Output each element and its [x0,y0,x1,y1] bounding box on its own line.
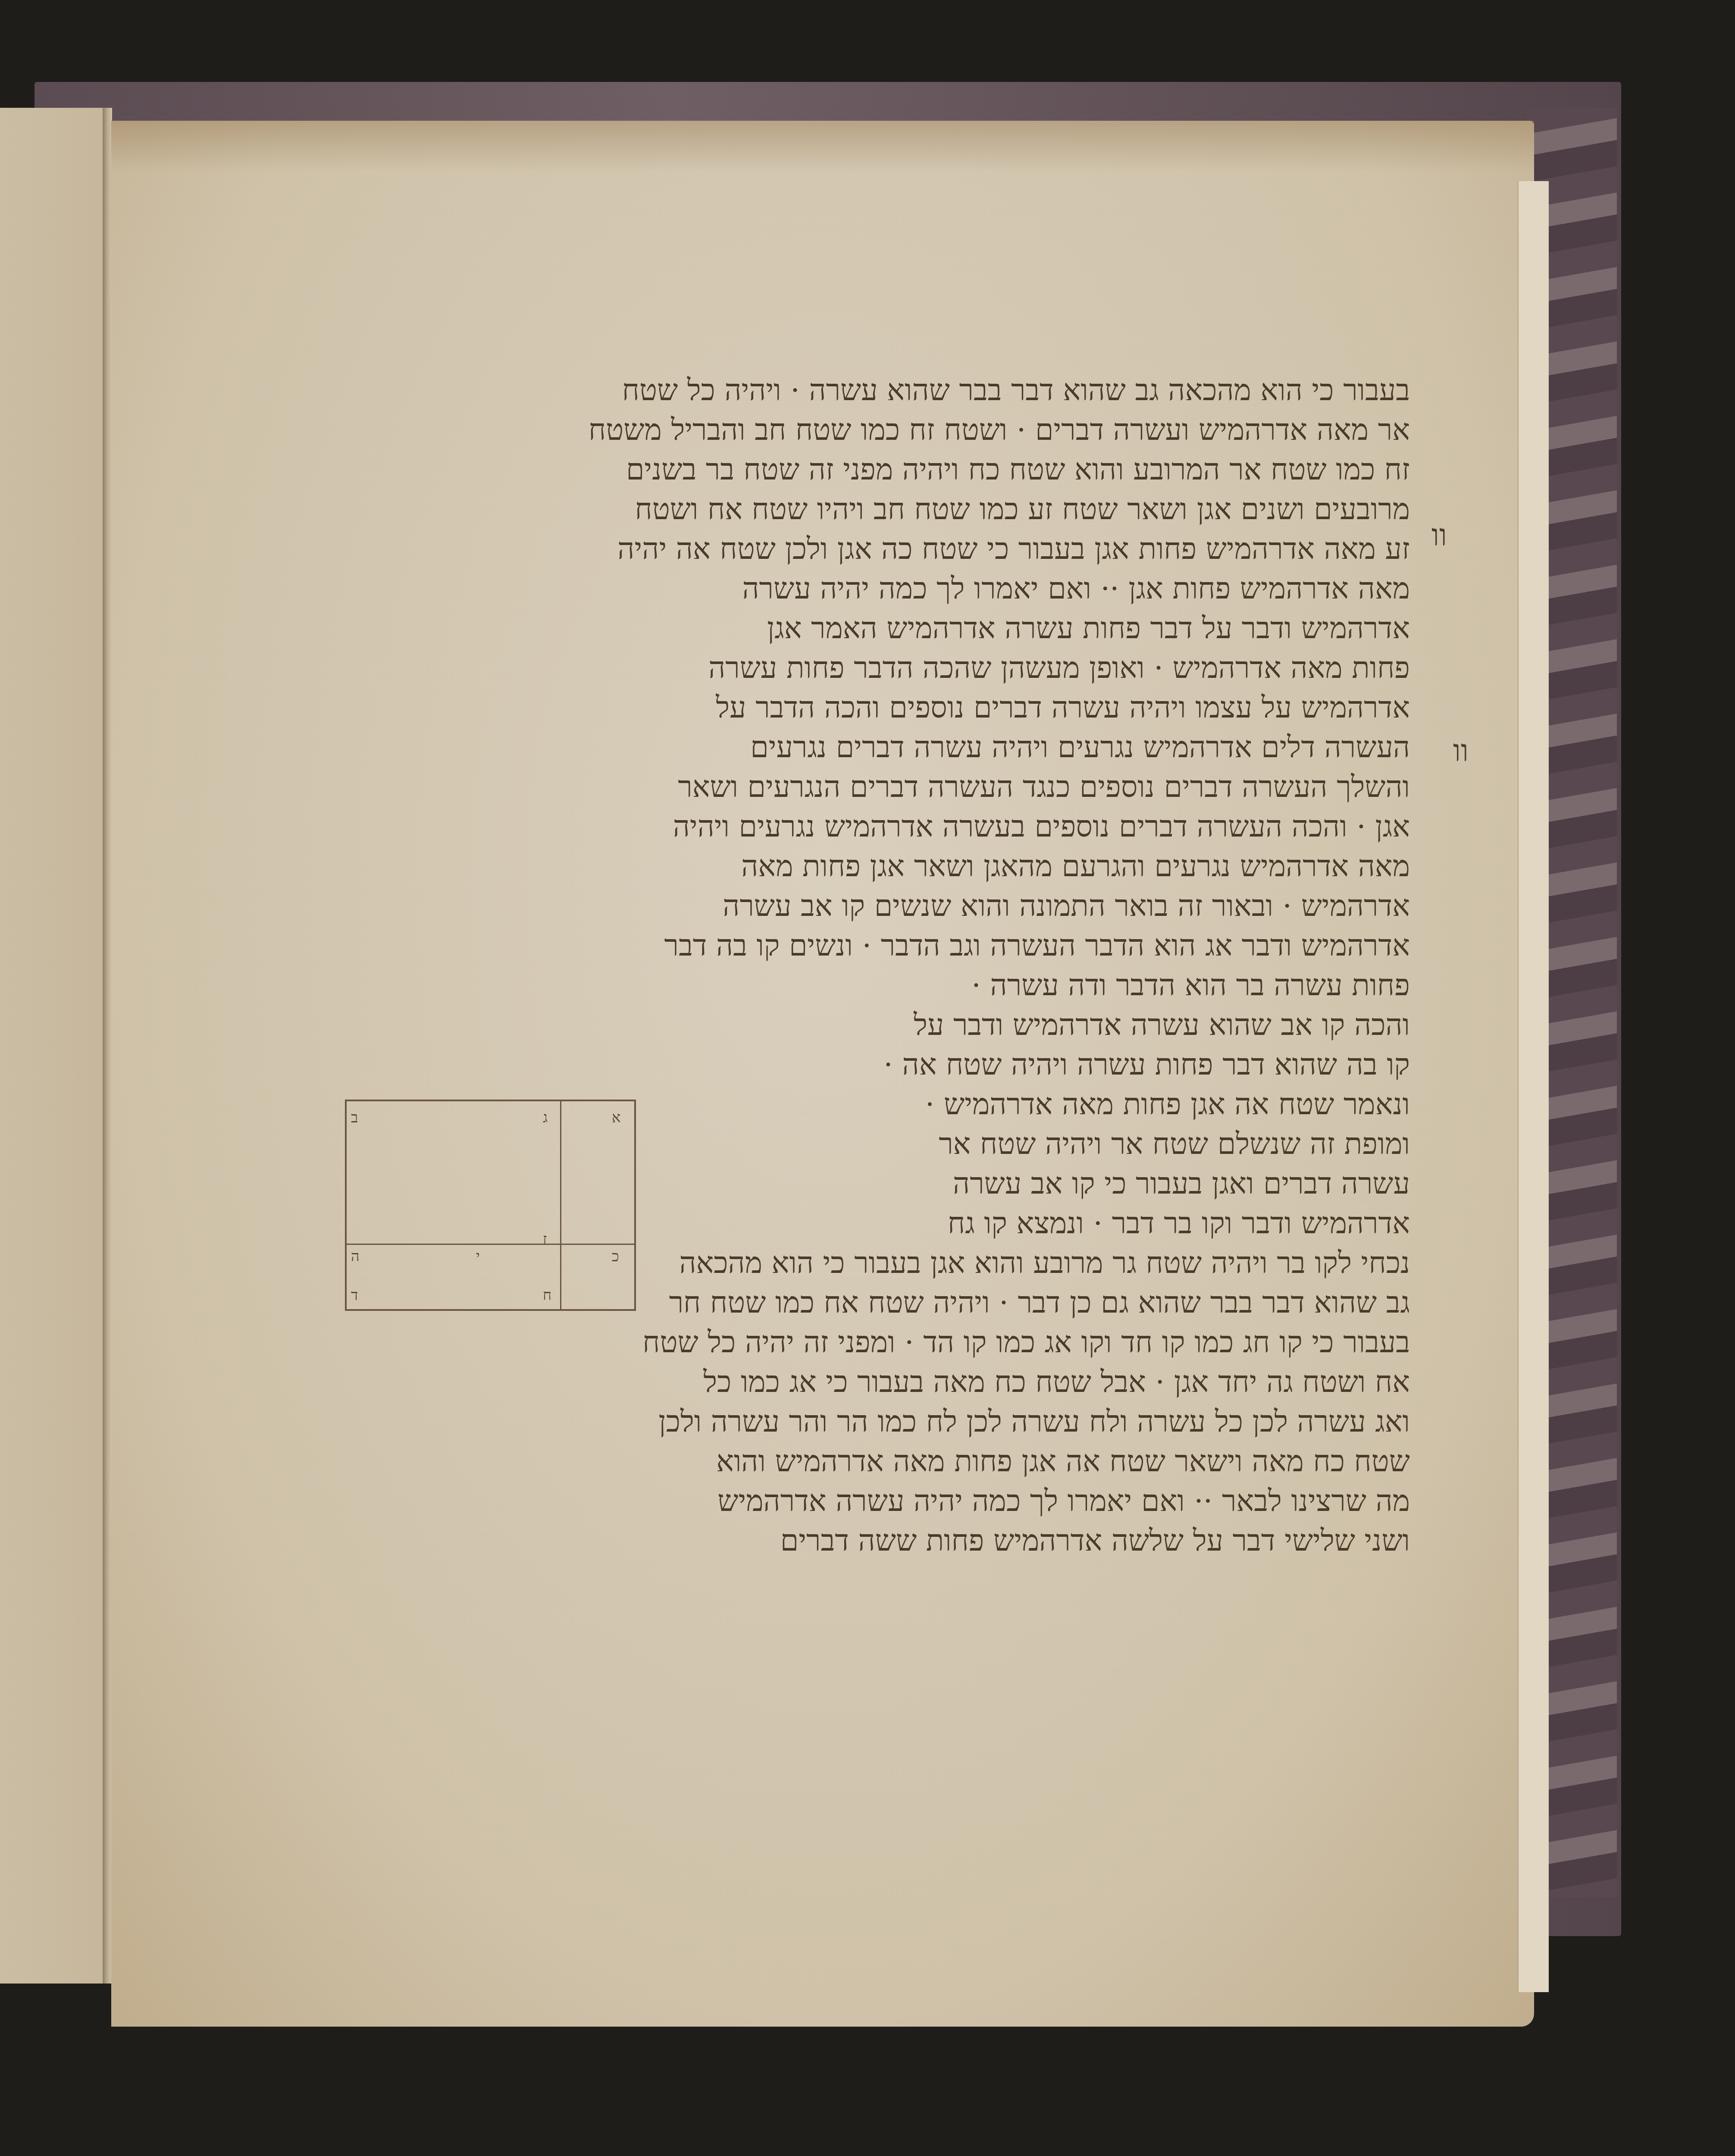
diagram-label: כ [612,1248,619,1265]
text-line: אגן · והכה העשרה דברים נוספים בעשרה אדרה… [375,807,1410,847]
text-line: ושני שלישי דבר על שלשה אדרהמיש פחות ששה … [375,1521,1410,1561]
text-line: בעבור כי הוא מהכאה גב שהוא דבר בבר שהוא … [375,371,1410,411]
gutter [103,108,112,1984]
diagram-label: ז [543,1231,547,1248]
diagram-label: ב [351,1109,358,1126]
text-line: אדרהמיש על עצמו ויהיה עשרה דברים נוספים … [375,688,1410,728]
text-line: מה שרצינו לבאר ·· ואם יאמרו לך כמה יהיה … [375,1482,1410,1521]
text-line: אח ושטח גה יחד אגן · אבל שטח כח מאה בעבו… [375,1363,1410,1402]
text-line: אדרהמיש · ובאור זה בואר התמונה והוא שנשי… [375,887,1410,926]
text-line: מאה אדרהמיש פחות אגן ·· ואם יאמרו לך כמה… [375,569,1410,609]
text-line: מרובעים ושנים אגן ושאר שטח זע כמו שטח חב… [375,490,1410,530]
text-line: עשרה דברים ואגן בעבור כי קו אב עשרה [651,1164,1410,1204]
diagram-horizontal-line [347,1244,634,1245]
text-line: בעבור כי קו חג כמו קו חד וקו אג כמו קו ה… [375,1323,1410,1363]
text-line: פחות עשרה בר הוא הדבר ודה עשרה · [375,966,1410,1006]
diagram-label: ה [351,1248,360,1265]
diagram-label: ד [351,1287,358,1304]
text-line: מאה אדרהמיש נגרעים והגרעם מהאגן ושאר אגן… [375,847,1410,887]
text-line: שטח כח מאה וישאר שטח אה אגן פחות מאה אדר… [375,1442,1410,1482]
text-line: אר מאה אדרהמיש ועשרה דברים · ושטח זח כמו… [375,411,1410,450]
text-line: אדרהמיש ודבר אג הוא הדבר העשרה וגב הדבר … [375,926,1410,966]
water-stain [111,121,1534,172]
text-line: והכה קו אב שהוא עשרה אדרהמיש ודבר על [651,1006,1410,1045]
diagram-label: י [476,1248,480,1265]
diagram-label: ח [543,1287,551,1304]
text-line: זח כמו שטח אר המרובע והוא שטח כח ויהיה מ… [375,450,1410,490]
left-page-fragment [0,108,108,1984]
text-line: פחות מאה אדרהמיש · ואופן מעשהן שהכה הדבר… [375,649,1410,688]
text-line: ונאמר שטח אה אגן פחות מאה אדרהמיש · [651,1085,1410,1125]
diagram-vertical-line [560,1101,561,1309]
text-line: ואג עשרה לכן כל עשרה ולח עשרה לכן לח כמו… [375,1402,1410,1442]
text-line: אדרהמיש ודבר על דבר פחות עשרה אדרהמיש הא… [375,609,1410,649]
geometric-diagram: א ג ב כ ז י ה ח ד [345,1100,636,1311]
margin-mark: וו [1453,733,1469,769]
flyleaf-edge [1518,181,1549,1992]
diagram-label: א [612,1109,620,1126]
text-line: זע מאה אדרהמיש פחות אגן בעבור כי שטח כה … [375,530,1410,569]
text-line: אדרהמיש ודבר וקו בר דבר · ונמצא קו גח [651,1204,1410,1244]
manuscript-text: בעבור כי הוא מהכאה גב שהוא דבר בבר שהוא … [375,371,1410,1561]
text-line: ומופת זה שנשלם שטח אר ויהיה שטח אר [651,1125,1410,1164]
text-line: והשלך העשרה דברים נוספים כנגד העשרה דברי… [375,768,1410,807]
text-line: העשרה דלים אדרהמיש נגרעים ויהיה עשרה דבר… [375,728,1410,768]
text-line: קו בה שהוא דבר פחות עשרה ויהיה שטח אה · [651,1045,1410,1085]
diagram-label: ג [543,1109,548,1126]
margin-mark: וו [1431,517,1447,553]
